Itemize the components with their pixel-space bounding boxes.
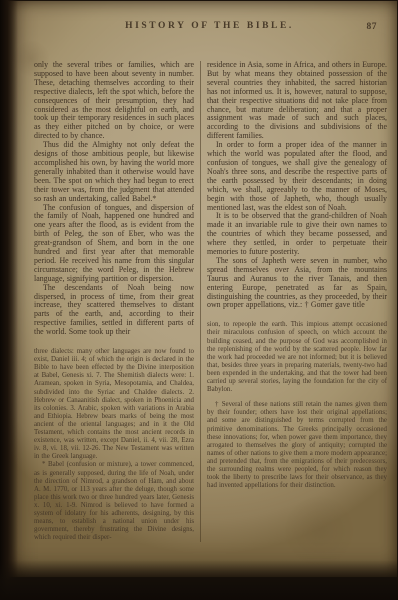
right-footnotes: sion, to repeople the earth. This impiou… bbox=[207, 321, 387, 490]
main-paragraph: Thus did the Almighty not only defeat th… bbox=[34, 141, 194, 203]
header-title: HISTORY OF THE BIBLE. bbox=[125, 21, 294, 31]
left-column: only the several tribes or families, whi… bbox=[34, 61, 200, 542]
footnote-paragraph: * Babel (confusion or mixture), a tower … bbox=[34, 461, 194, 542]
footnote-paragraph: three dialects: many other languages are… bbox=[34, 348, 194, 461]
main-paragraph: The confusion of tongues, and dispersion… bbox=[34, 204, 194, 284]
book-photo: HISTORY OF THE BIBLE. 87 only the severa… bbox=[0, 0, 398, 600]
right-main-text: residence in Asia, some in Africa, and o… bbox=[207, 61, 387, 310]
footnote-paragraph: sion, to repeople the earth. This impiou… bbox=[207, 321, 387, 394]
main-paragraph: The sons of Japheth were seven in number… bbox=[207, 257, 387, 310]
main-paragraph: In order to form a proper idea of the ma… bbox=[207, 141, 387, 212]
running-header: HISTORY OF THE BIBLE. 87 bbox=[34, 21, 385, 31]
left-footnotes: three dialects: many other languages are… bbox=[34, 348, 194, 542]
text-columns: only the several tribes or families, whi… bbox=[34, 61, 387, 542]
main-paragraph: The descendants of Noah being now disper… bbox=[34, 284, 194, 337]
main-paragraph: residence in Asia, some in Africa, and o… bbox=[207, 61, 387, 141]
main-paragraph: It is to be observed that the grand-chil… bbox=[207, 212, 387, 257]
left-main-text: only the several tribes or families, whi… bbox=[34, 61, 194, 337]
footnote-paragraph: † Several of these nations still retain … bbox=[207, 401, 387, 490]
page-number: 87 bbox=[367, 22, 378, 32]
book-page: HISTORY OF THE BIBLE. 87 only the severa… bbox=[8, 1, 397, 577]
right-column: residence in Asia, some in Africa, and o… bbox=[201, 61, 387, 542]
main-paragraph: only the several tribes or families, whi… bbox=[34, 61, 194, 141]
